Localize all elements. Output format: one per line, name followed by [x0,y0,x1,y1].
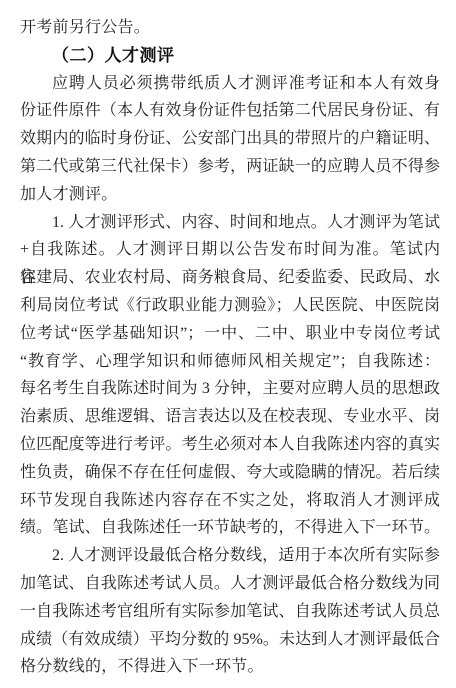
text-line: 绩。笔试、自我陈述任一环节缺考的，不得进入下一环节。 [20,514,440,542]
text-line: 2. 人才测评设最低合格分数线，适用于本次所有实际参 [20,542,440,570]
text-line: 应聘人员必须携带纸质人才测评准考证和本人有效身 [20,70,440,98]
text-line: 位考试“医学基础知识”；一中、二中、职业中专岗位考试 [20,320,440,348]
text-line: 效期内的临时身份证、公安部门出具的带照片的户籍证明、 [20,125,440,153]
text-line: 第二代或第三代社保卡）参考，两证缺一的应聘人员不得参 [20,153,440,181]
text-line: 每名考生自我陈述时间为 3 分钟，主要对应聘人员的思想政 [20,375,440,403]
text-line: 一自我陈述考官组所有实际参加笔试、自我陈述考试人员总 [20,598,440,626]
text-line: 位匹配度等进行考评。考生必须对本人自我陈述内容的真实 [20,431,440,459]
section-heading: （二）人才测评 [20,42,440,70]
document-page: 开考前另行公告。（二）人才测评应聘人员必须携带纸质人才测评准考证和本人有效身份证… [0,0,456,688]
text-line: 住建局、农业农村局、商务粮食局、纪委监委、民政局、水 [20,264,440,292]
text-line: 性负责，确保不存在任何虚假、夸大或隐瞒的情况。若后续 [20,459,440,487]
text-line: 成绩（有效成绩）平均分数的 95%。未达到人才测评最低合 [20,626,440,654]
text-line: 治素质、思维逻辑、语言表达以及在校表现、专业水平、岗 [20,403,440,431]
text-line: 加笔试、自我陈述考试人员。人才测评最低合格分数线为同 [20,570,440,598]
document-text-block: 开考前另行公告。（二）人才测评应聘人员必须携带纸质人才测评准考证和本人有效身份证… [20,14,440,681]
text-line: 加人才测评。 [20,181,440,209]
text-line: 开考前另行公告。 [20,14,440,42]
text-line: 利局岗位考试《行政职业能力测验》；人民医院、中医院岗 [20,292,440,320]
text-line: +自我陈述。人才测评日期以公告发布时间为准。笔试内容： [20,236,440,264]
text-line: 1. 人才测评形式、内容、时间和地点。人才测评为笔试 [20,209,440,237]
text-line: 环节发现自我陈述内容存在不实之处，将取消人才测评成 [20,487,440,515]
text-line: 份证件原件（本人有效身份证件包括第二代居民身份证、有 [20,97,440,125]
text-line: 格分数线的，不得进入下一环节。 [20,653,440,681]
text-line: “教育学、心理学知识和师德师风相关规定”；自我陈述： [20,348,440,376]
